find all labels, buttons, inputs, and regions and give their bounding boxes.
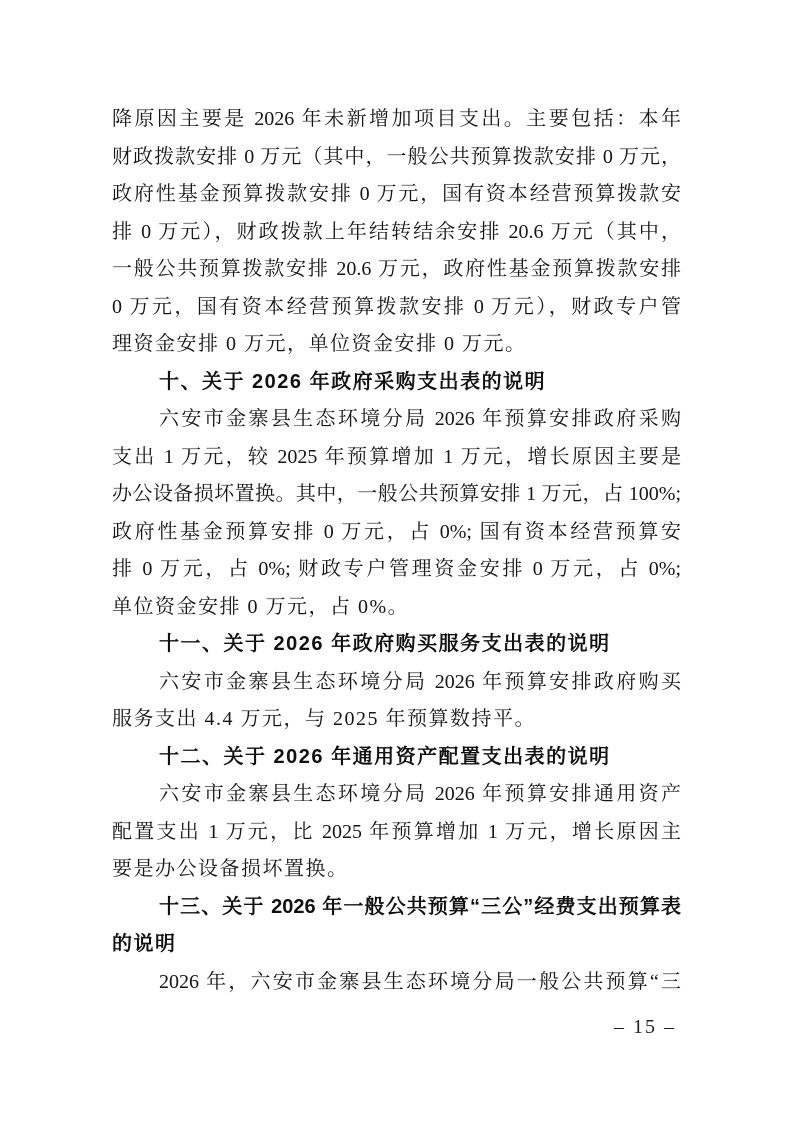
paragraph-line: 2026 年，六安市金寨县生态环境分局一般公共预算“三 — [112, 964, 681, 1002]
section-heading-thirteen-continued: 的说明 — [112, 926, 681, 964]
paragraph-line: 六安市金寨县生态环境分局 2026 年预算安排政府采购 — [112, 401, 681, 439]
paragraph-line: 单位资金安排 0 万元，占 0%。 — [112, 589, 681, 627]
paragraph-line: 政府性基金预算安排 0 万元，占 0%; 国有资本经营预算安 — [112, 514, 681, 552]
paragraph-line: 六安市金寨县生态环境分局 2026 年预算安排通用资产 — [112, 776, 681, 814]
section-heading-twelve: 十二、关于 2026 年通用资产配置支出表的说明 — [112, 739, 681, 777]
paragraph-line: 排 0 万元，占 0%; 财政专户管理资金安排 0 万元，占 0%; — [112, 551, 681, 589]
section-heading-eleven: 十一、关于 2026 年政府购买服务支出表的说明 — [112, 626, 681, 664]
paragraph-line: 支出 1 万元，较 2025 年预算增加 1 万元，增长原因主要是 — [112, 439, 681, 477]
paragraph-line: 办公设备损坏置换。其中，一般公共预算安排 1 万元，占 100%; — [112, 476, 681, 514]
page-number: – 15 – — [602, 1016, 688, 1038]
paragraph-line: 六安市金寨县生态环境分局 2026 年预算安排政府购买 — [112, 664, 681, 702]
document-content: 降原因主要是 2026 年未新增加项目支出。主要包括：本年 财政拨款安排 0 万… — [112, 101, 681, 1001]
paragraph-line: 理资金安排 0 万元，单位资金安排 0 万元。 — [112, 326, 681, 364]
paragraph-line: 一般公共预算拨款安排 20.6 万元，政府性基金预算拨款安排 — [112, 251, 681, 289]
paragraph-line: 排 0 万元），财政拨款上年结转结余安排 20.6 万元（其中， — [112, 214, 681, 252]
paragraph-line: 服务支出 4.4 万元，与 2025 年预算数持平。 — [112, 701, 681, 739]
document-page: 降原因主要是 2026 年未新增加项目支出。主要包括：本年 财政拨款安排 0 万… — [0, 0, 793, 1122]
paragraph-line: 政府性基金预算拨款安排 0 万元，国有资本经营预算拨款安 — [112, 176, 681, 214]
paragraph-line: 配置支出 1 万元，比 2025 年预算增加 1 万元，增长原因主 — [112, 814, 681, 852]
section-heading-thirteen: 十三、关于 2026 年一般公共预算“三公”经费支出预算表 — [112, 889, 681, 927]
section-heading-ten: 十、关于 2026 年政府采购支出表的说明 — [112, 364, 681, 402]
paragraph-line: 0 万元，国有资本经营预算拨款安排 0 万元），财政专户管 — [112, 289, 681, 327]
paragraph-line: 财政拨款安排 0 万元（其中，一般公共预算拨款安排 0 万元， — [112, 139, 681, 177]
paragraph-line: 要是办公设备损坏置换。 — [112, 851, 681, 889]
paragraph-line: 降原因主要是 2026 年未新增加项目支出。主要包括：本年 — [112, 101, 681, 139]
